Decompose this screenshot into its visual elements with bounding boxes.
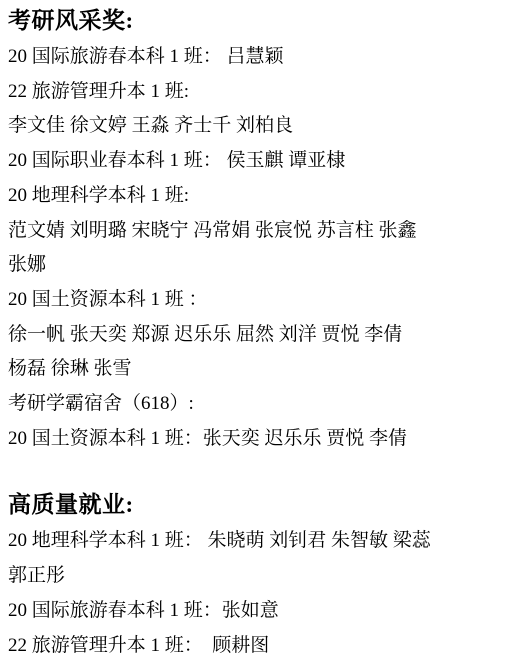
text-line: 20 国际旅游春本科 1 班：张如意 — [8, 594, 502, 629]
text-line: 范文婧 刘明璐 宋晓宁 冯常娟 张宸悦 苏言柱 张鑫 — [8, 214, 502, 249]
text-line: 20 国土资源本科 1 班 ： — [8, 283, 502, 318]
section-heading-kaoyan-award: 考研风采奖: — [8, 2, 502, 40]
text-line: 22 旅游管理升本 1 班： 顾耕图 — [8, 629, 502, 664]
text-line: 杨磊 徐琳 张雪 — [8, 352, 502, 387]
text-line: 20 国际职业春本科 1 班： 侯玉麒 谭亚棣 — [8, 144, 502, 179]
text-line: 郭正彤 — [8, 559, 502, 594]
text-line: 20 地理科学本科 1 班： 朱晓萌 刘钊君 朱智敏 梁蕊 — [8, 524, 502, 559]
text-line: 22 旅游管理升本 1 班: — [8, 75, 502, 110]
document-page: 考研风采奖: 20 国际旅游春本科 1 班： 吕慧颖 22 旅游管理升本 1 班… — [0, 0, 510, 663]
text-line: 徐一帆 张天奕 郑源 迟乐乐 屈然 刘洋 贾悦 李倩 — [8, 318, 502, 353]
text-line: 李文佳 徐文婷 王淼 齐士千 刘柏良 — [8, 109, 502, 144]
text-line: 20 国土资源本科 1 班：张天奕 迟乐乐 贾悦 李倩 — [8, 422, 502, 457]
text-line: 20 国际旅游春本科 1 班： 吕慧颖 — [8, 40, 502, 75]
text-line: 20 地理科学本科 1 班: — [8, 179, 502, 214]
text-line: 考研学霸宿舍（618）: — [8, 387, 502, 422]
text-line: 张娜 — [8, 248, 502, 283]
section-gap — [8, 456, 502, 486]
section-heading-quality-employment: 高质量就业: — [8, 486, 502, 524]
